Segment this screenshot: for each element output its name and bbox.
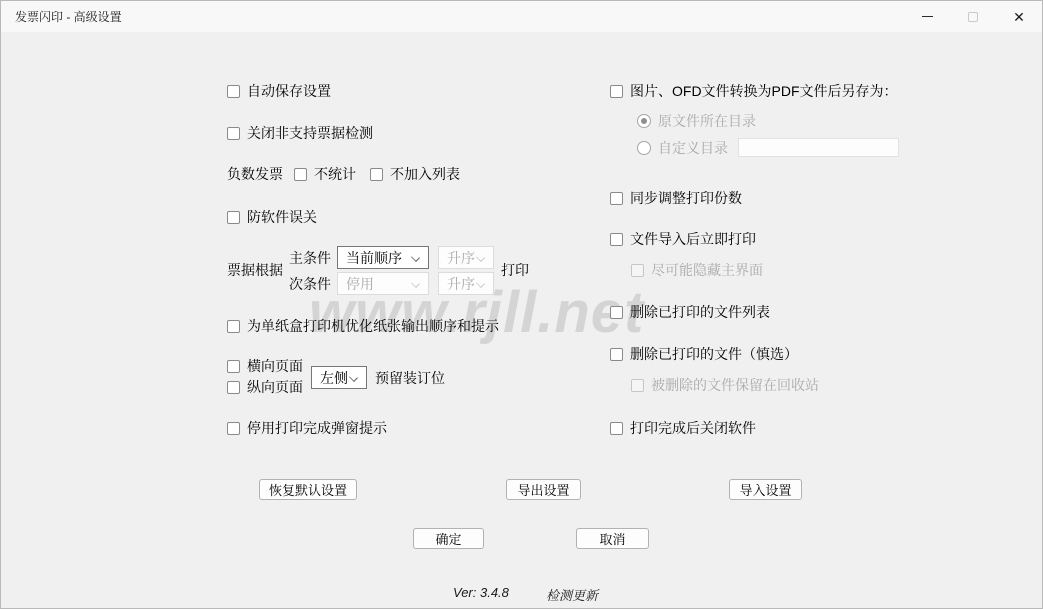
keep-recycle-label: 被删除的文件保留在回收站 [651,377,819,393]
disable-popup-row: 停用打印完成弹窗提示 [227,420,387,436]
minimize-button[interactable] [904,1,950,32]
optimize-tray-row: 为单纸盒打印机优化纸张输出顺序和提示 [227,318,499,334]
delete-printed-files-label: 删除已打印的文件（慎选） [630,346,798,362]
window-title: 发票闪印 - 高级设置 [1,8,122,25]
import-settings-button[interactable]: 导入设置 [729,479,802,500]
delete-printed-files-row: 删除已打印的文件（慎选） [610,346,798,362]
no-count-label: 不统计 [314,166,356,182]
print-after-import-row: 文件导入后立即打印 [610,231,756,247]
delete-printed-list-checkbox[interactable] [610,306,623,319]
keep-recycle-checkbox [631,379,644,392]
print-after-import-label: 文件导入后立即打印 [630,231,756,247]
sync-copies-row: 同步调整打印份数 [610,190,742,206]
secondary-condition-value: 停用 [346,274,374,294]
secondary-order-select: 升序 [438,272,494,295]
sync-copies-checkbox[interactable] [610,192,623,205]
chevron-down-icon [411,279,420,288]
chevron-down-icon [476,279,485,288]
disable-popup-checkbox[interactable] [227,422,240,435]
secondary-order-value: 升序 [447,274,475,294]
maximize-button [950,1,996,32]
auto-save-row: 自动保存设置 [227,83,331,99]
close-unsupported-label: 关闭非支持票据检测 [247,125,373,141]
keep-recycle-row: 被删除的文件保留在回收站 [631,377,819,393]
titlebar: 发票闪印 - 高级设置 ✕ [1,1,1042,32]
caption-buttons: ✕ [904,1,1042,32]
export-settings-button[interactable]: 导出设置 [506,479,581,500]
advanced-settings-dialog: www.rjll.net 发票闪印 - 高级设置 ✕ 自动保存设置 关闭非支持票… [0,0,1043,609]
minimize-icon [922,16,933,17]
primary-condition-select[interactable]: 当前顺序 [337,246,429,269]
close-after-print-checkbox[interactable] [610,422,623,435]
no-count-checkbox[interactable] [294,168,307,181]
delete-printed-list-label: 删除已打印的文件列表 [630,304,770,320]
restore-default-button[interactable]: 恢复默认设置 [259,479,357,500]
chevron-down-icon [411,253,420,262]
prevent-misclose-checkbox[interactable] [227,211,240,224]
ok-button[interactable]: 确定 [413,528,484,549]
optimize-tray-label: 为单纸盒打印机优化纸张输出顺序和提示 [247,318,499,334]
auto-save-label: 自动保存设置 [247,83,331,99]
delete-printed-files-checkbox[interactable] [610,348,623,361]
close-unsupported-checkbox[interactable] [227,127,240,140]
prevent-misclose-label: 防软件误关 [247,209,317,225]
maximize-icon [968,12,978,22]
primary-condition-value: 当前顺序 [346,248,402,268]
portrait-label: 纵向页面 [247,379,303,395]
primary-order-value: 升序 [447,248,475,268]
close-after-print-row: 打印完成后关闭软件 [610,420,756,436]
custom-dir-radio [637,141,651,155]
convert-save-as-label: 图片、OFD文件转换为PDF文件后另存为： [630,83,898,99]
landscape-label: 横向页面 [247,358,303,374]
custom-dir-input [738,138,899,157]
hide-main-ui-checkbox [631,264,644,277]
custom-dir-label: 自定义目录 [658,140,728,156]
optimize-tray-checkbox[interactable] [227,320,240,333]
primary-condition-label: 主条件 [289,250,331,266]
auto-save-checkbox[interactable] [227,85,240,98]
print-after-import-checkbox[interactable] [610,233,623,246]
landscape-row: 横向页面 [227,358,303,374]
delete-printed-list-row: 删除已打印的文件列表 [610,304,770,320]
convert-save-as-row: 图片、OFD文件转换为PDF文件后另存为： [610,83,898,99]
prevent-misclose-row: 防软件误关 [227,209,317,225]
sync-copies-label: 同步调整打印份数 [630,190,742,206]
sort-prefix-label: 票据根据 [227,262,283,278]
portrait-row: 纵向页面 [227,379,303,395]
binding-side-select[interactable]: 左侧 [311,366,367,389]
chevron-down-icon [476,253,485,262]
negative-invoice-row: 负数发票 不统计 不加入列表 [227,166,460,182]
original-dir-radio [637,114,651,128]
disable-popup-label: 停用打印完成弹窗提示 [247,420,387,436]
no-add-list-checkbox[interactable] [370,168,383,181]
landscape-checkbox[interactable] [227,360,240,373]
close-after-print-label: 打印完成后关闭软件 [630,420,756,436]
hide-main-ui-label: 尽可能隐藏主界面 [651,262,763,278]
portrait-checkbox[interactable] [227,381,240,394]
close-icon: ✕ [1013,10,1025,24]
secondary-condition-select: 停用 [337,272,429,295]
chevron-down-icon [349,373,358,382]
original-dir-row: 原文件所在目录 [637,113,756,129]
sort-suffix-label: 打印 [501,262,529,278]
close-button[interactable]: ✕ [996,1,1042,32]
cancel-button[interactable]: 取消 [576,528,649,549]
check-update-link[interactable]: 检测更新 [546,585,598,604]
binding-side-value: 左侧 [320,368,348,388]
no-add-list-label: 不加入列表 [390,166,460,182]
binding-suffix-label: 预留装订位 [375,370,445,386]
version-text: Ver: 3.4.8 [453,585,509,600]
hide-main-ui-row: 尽可能隐藏主界面 [631,262,763,278]
original-dir-label: 原文件所在目录 [658,113,756,129]
custom-dir-row: 自定义目录 [637,140,728,156]
secondary-condition-label: 次条件 [289,276,331,292]
close-unsupported-row: 关闭非支持票据检测 [227,125,373,141]
convert-save-as-checkbox[interactable] [610,85,623,98]
primary-order-select: 升序 [438,246,494,269]
negative-invoice-label: 负数发票 [227,166,283,182]
